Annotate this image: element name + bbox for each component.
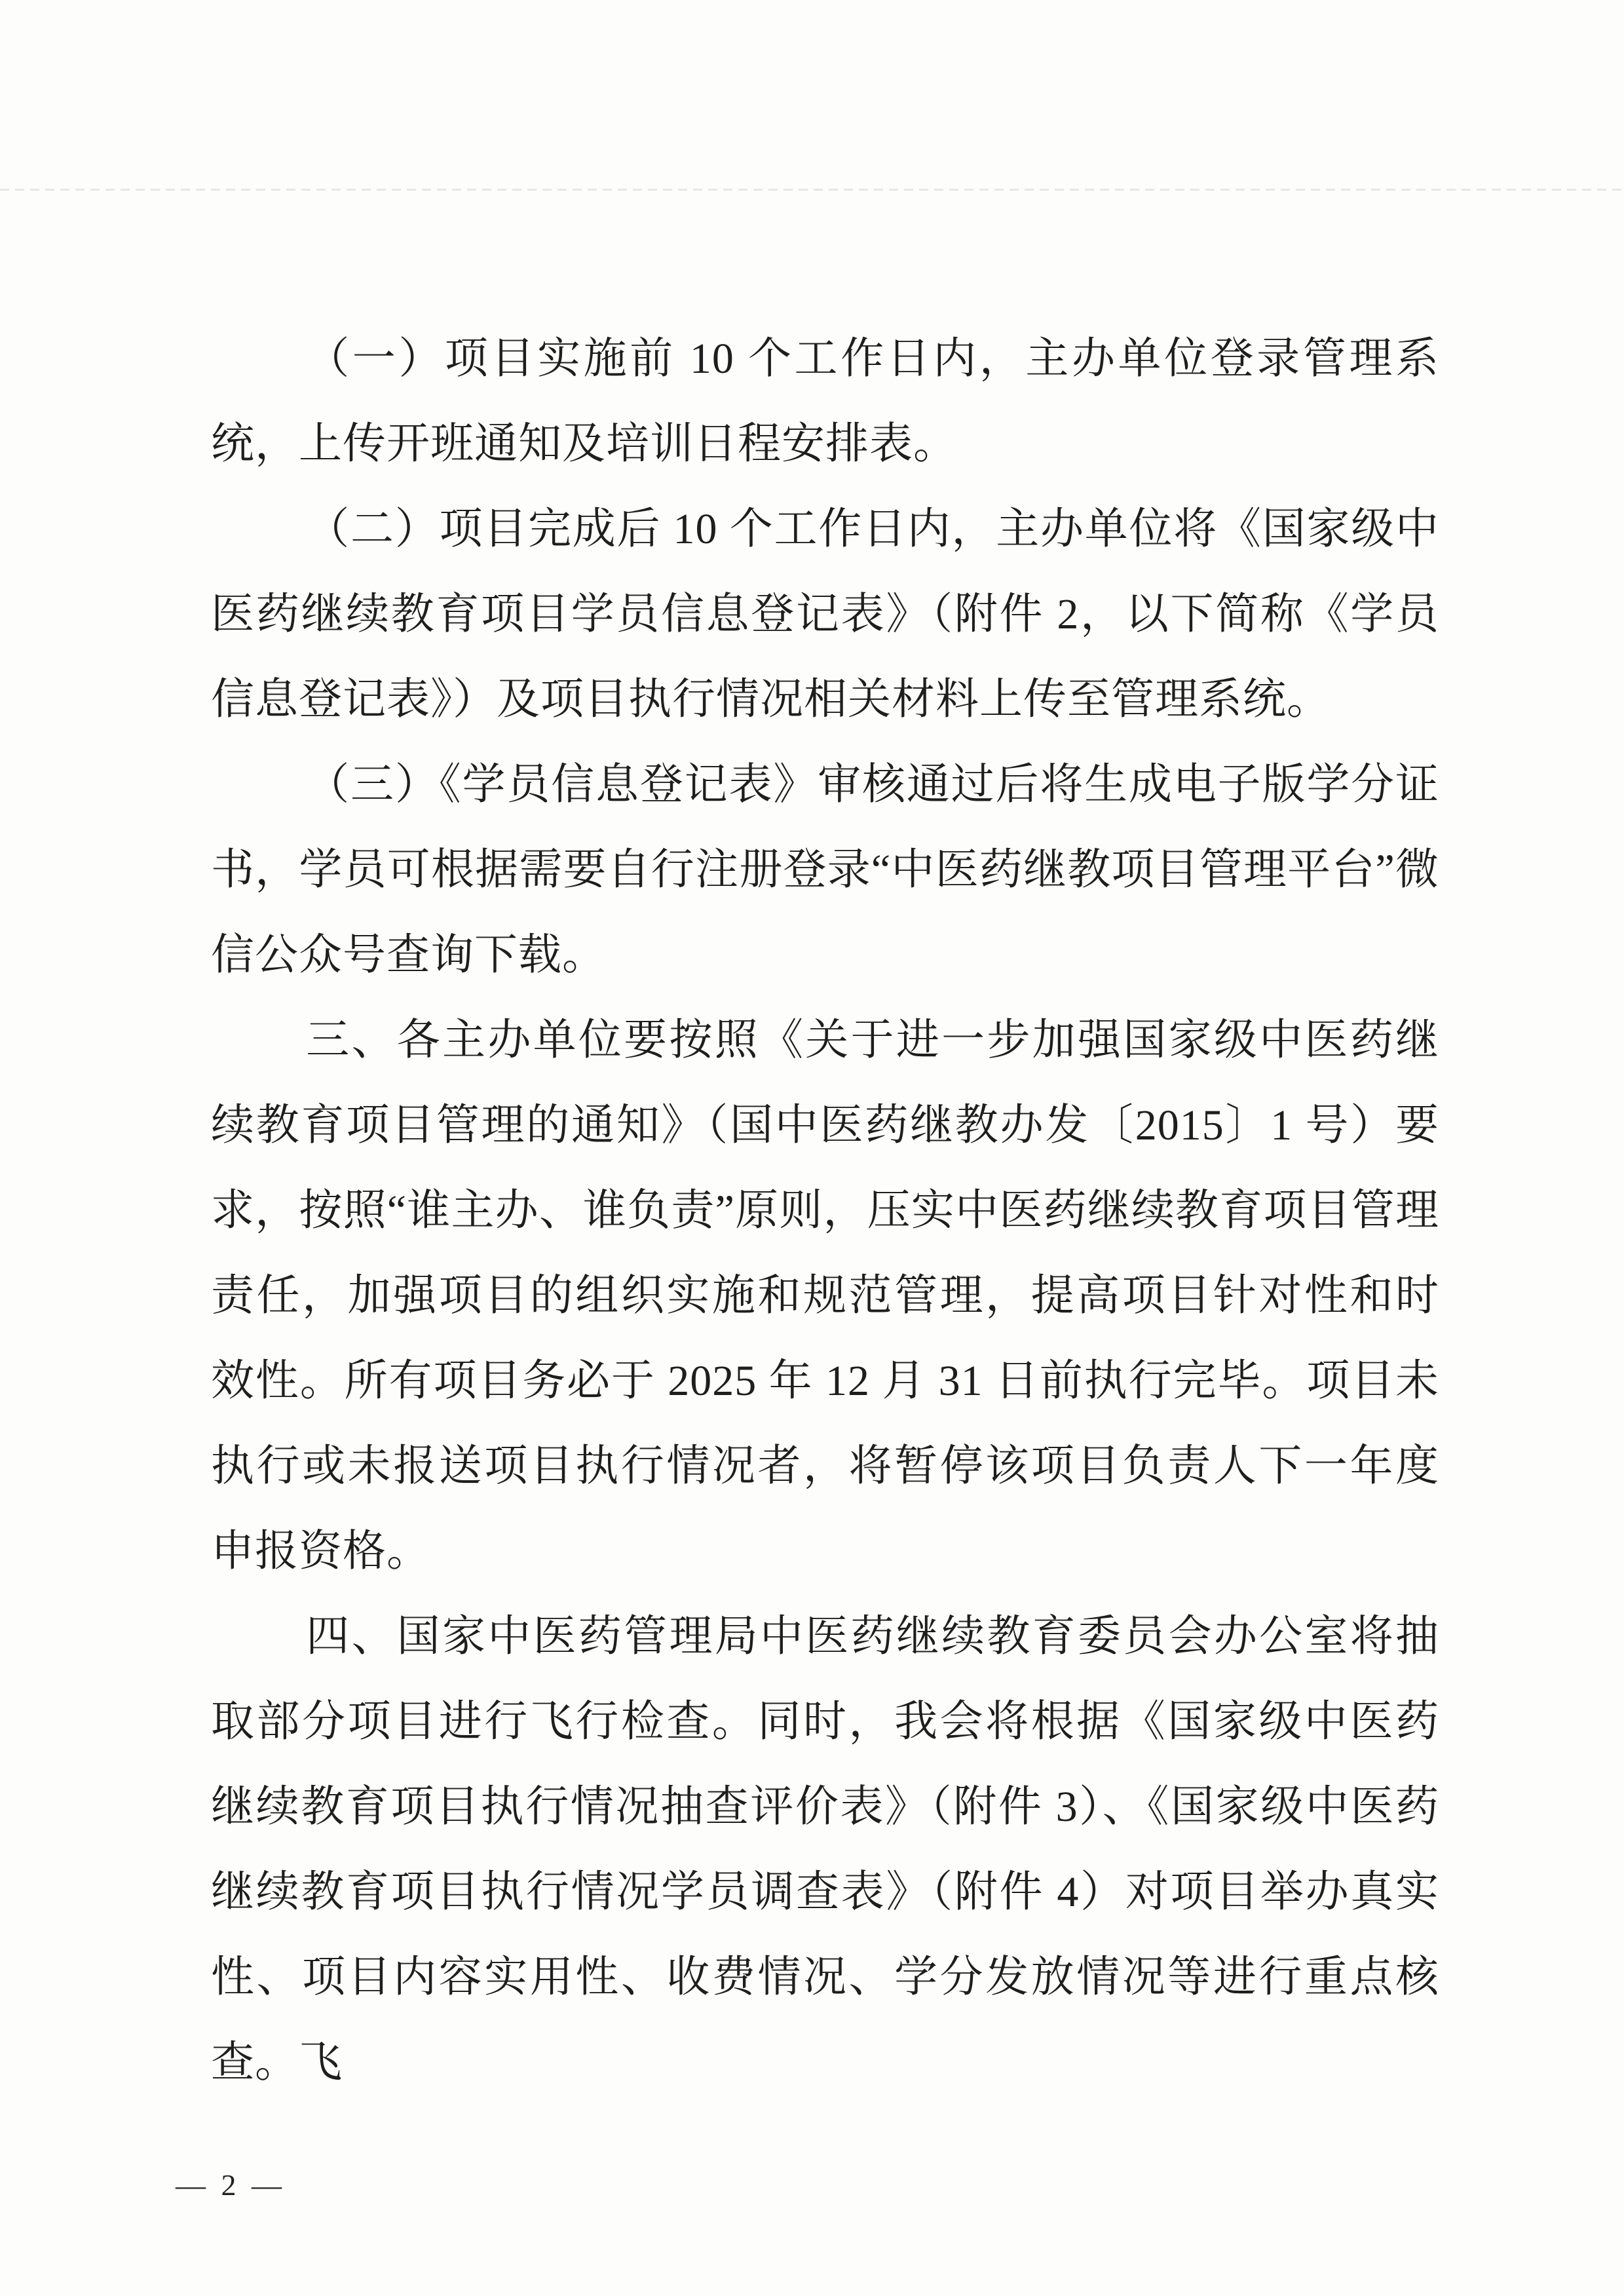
paragraph-item-3: （三）《学员信息登记表》审核通过后将生成电子版学分证书，学员可根据需要自行注册登… (211, 742, 1439, 998)
paragraph-item-4: 三、各主办单位要按照《关于进一步加强国家级中医药继续教育项目管理的通知》（国中医… (211, 998, 1439, 1594)
paragraph-item-1: （一）项目实施前 10 个工作日内，主办单位登录管理系统，上传开班通知及培训日程… (211, 316, 1439, 487)
paragraph-item-2: （二）项目完成后 10 个工作日内，主办单位将《国家级中医药继续教育项目学员信息… (211, 487, 1439, 742)
paragraph-item-5: 四、国家中医药管理局中医药继续教育委员会办公室将抽取部分项目进行飞行检查。同时，… (211, 1594, 1439, 2105)
scan-artifact-line (0, 189, 1624, 191)
document-body: （一）项目实施前 10 个工作日内，主办单位登录管理系统，上传开班通知及培训日程… (211, 316, 1439, 2105)
document-page: （一）项目实施前 10 个工作日内，主办单位登录管理系统，上传开班通知及培训日程… (0, 0, 1624, 2296)
page-number: — 2 — (176, 2166, 286, 2205)
